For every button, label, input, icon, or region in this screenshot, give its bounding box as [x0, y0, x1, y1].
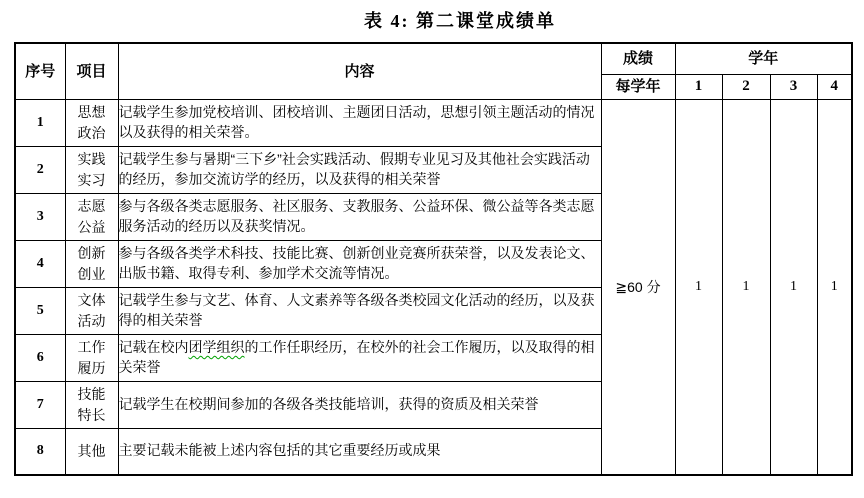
row-item-label: 实践实习 — [77, 149, 107, 190]
row-content: 参与各级各类志愿服务、社区服务、支教服务、公益环保、微公益等各类志愿服务活动的经… — [118, 193, 601, 240]
year-4-value: 1 — [817, 99, 852, 475]
row-content: 记载学生参与文艺、体育、人文素养等各级各类校园文化活动的经历，以及获得的相关荣誉 — [118, 287, 601, 334]
score-per-year-value: ≧60 分 — [601, 99, 675, 475]
row-item: 技能特长 — [65, 381, 118, 428]
header-item: 项目 — [65, 43, 118, 99]
row-item-label: 文体活动 — [77, 290, 107, 331]
row-item-label: 志愿公益 — [77, 196, 107, 237]
row-item: 创新创业 — [65, 240, 118, 287]
row-item: 志愿公益 — [65, 193, 118, 240]
row-no: 2 — [15, 146, 65, 193]
row-content-text: 记载在校内 — [119, 339, 189, 355]
row-no: 6 — [15, 334, 65, 381]
document-page: 表 4: 第二课堂成绩单 序号 项目 内容 成绩 学年 每学年 1 2 — [0, 7, 864, 476]
header-year-1: 1 — [675, 74, 722, 99]
row-no: 1 — [15, 99, 65, 146]
header-year-3: 3 — [770, 74, 817, 99]
row-item-label: 工作履历 — [77, 337, 107, 378]
header-no: 序号 — [15, 43, 65, 99]
table-row: 1 思想政治 记载学生参加党校培训、团校培训、主题团日活动，思想引领主题活动的情… — [15, 99, 852, 146]
header-content: 内容 — [118, 43, 601, 99]
row-content: 记载学生参与暑期“三下乡”社会实践活动、假期专业见习及其他社会实践活动的经历，参… — [118, 146, 601, 193]
header-row-1: 序号 项目 内容 成绩 学年 — [15, 43, 852, 74]
row-content: 主要记载未能被上述内容包括的其它重要经历或成果 — [118, 428, 601, 475]
header-year-2: 2 — [722, 74, 770, 99]
row-item-label: 思想政治 — [77, 102, 107, 143]
header-year-4: 4 — [817, 74, 852, 99]
year-2-value: 1 — [722, 99, 770, 475]
row-item: 其他 — [65, 428, 118, 475]
header-score: 成绩 — [601, 43, 675, 74]
row-no: 8 — [15, 428, 65, 475]
row-no: 4 — [15, 240, 65, 287]
row-item: 工作履历 — [65, 334, 118, 381]
row-content: 记载在校内团学组织的工作任职经历，在校外的社会工作履历，以及取得的相关荣誉 — [118, 334, 601, 381]
row-no: 7 — [15, 381, 65, 428]
row-content: 参与各级各类学术科技、技能比赛、创新创业竞赛所获荣誉，以及发表论文、出版书籍、取… — [118, 240, 601, 287]
header-score-per-year: 每学年 — [601, 74, 675, 99]
spellcheck-underlined-text: 团学组织 — [189, 339, 245, 355]
row-item: 实践实习 — [65, 146, 118, 193]
row-item-label: 创新创业 — [77, 243, 107, 284]
year-1-value: 1 — [675, 99, 722, 475]
row-content: 记载学生参加党校培训、团校培训、主题团日活动，思想引领主题活动的情况以及获得的相… — [118, 99, 601, 146]
row-content: 记载学生在校期间参加的各级各类技能培训，获得的资质及相关荣誉 — [118, 381, 601, 428]
header-year: 学年 — [675, 43, 852, 74]
table-title: 表 4: 第二课堂成绩单 — [28, 7, 864, 33]
row-no: 5 — [15, 287, 65, 334]
row-item-label: 技能特长 — [77, 384, 107, 425]
row-item: 思想政治 — [65, 99, 118, 146]
row-item: 文体活动 — [65, 287, 118, 334]
year-3-value: 1 — [770, 99, 817, 475]
second-classroom-score-table: 序号 项目 内容 成绩 学年 每学年 1 2 3 4 1 思想政治 记载学生参加… — [14, 42, 853, 476]
row-item-label: 其他 — [77, 441, 107, 461]
row-no: 3 — [15, 193, 65, 240]
